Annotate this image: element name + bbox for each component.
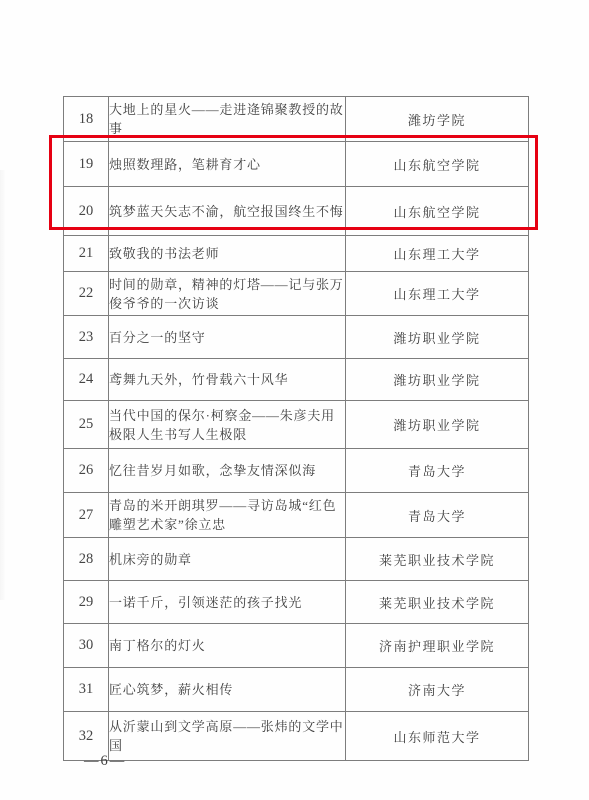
table-row: 30 南丁格尔的灯火 济南护理职业学院 (64, 624, 529, 668)
work-title: 一诺千斤，引领迷茫的孩子找光 (109, 581, 346, 624)
work-title: 匠心筑梦，薪火相传 (109, 668, 346, 712)
table-row: 27 青岛的米开朗琪罗——寻访岛城“红色雕塑艺术家”徐立忠 青岛大学 (64, 493, 529, 538)
row-number: 21 (64, 236, 109, 272)
work-title: 忆往昔岁月如歌，念挚友情深似海 (109, 449, 346, 493)
row-number: 24 (64, 359, 109, 401)
table-row: 23 百分之一的坚守 潍坊职业学院 (64, 316, 529, 359)
work-title: 百分之一的坚守 (109, 316, 346, 359)
table-row: 31 匠心筑梦，薪火相传 济南大学 (64, 668, 529, 712)
school-name: 济南大学 (346, 668, 529, 712)
work-title: 青岛的米开朗琪罗——寻访岛城“红色雕塑艺术家”徐立忠 (109, 493, 346, 538)
row-number: 29 (64, 581, 109, 624)
row-number: 27 (64, 493, 109, 538)
award-list-table: 18 大地上的星火——走进逄锦聚教授的故事 潍坊学院 19 烛照数理路，笔耕育才… (63, 96, 529, 761)
school-name: 潍坊职业学院 (346, 316, 529, 359)
school-name: 青岛大学 (346, 493, 529, 538)
work-title: 鸢舞九天外，竹骨载六十风华 (109, 359, 346, 401)
scan-edge-shadow (0, 170, 6, 600)
school-name: 潍坊学院 (346, 97, 529, 142)
work-title: 当代中国的保尔·柯察金——朱彦夫用极限人生书写人生极限 (109, 401, 346, 449)
row-number: 28 (64, 538, 109, 581)
table-row: 18 大地上的星火——走进逄锦聚教授的故事 潍坊学院 (64, 97, 529, 142)
school-name: 山东师范大学 (346, 712, 529, 761)
page-number: —6— (84, 753, 126, 770)
work-title: 机床旁的勋章 (109, 538, 346, 581)
row-number: 23 (64, 316, 109, 359)
table-row: 26 忆往昔岁月如歌，念挚友情深似海 青岛大学 (64, 449, 529, 493)
table-row: 32 从沂蒙山到文学高原——张炜的文学中国 山东师范大学 (64, 712, 529, 761)
table-row: 29 一诺千斤，引领迷茫的孩子找光 莱芜职业技术学院 (64, 581, 529, 624)
table-row: 28 机床旁的勋章 莱芜职业技术学院 (64, 538, 529, 581)
school-name: 莱芜职业技术学院 (346, 538, 529, 581)
row-number: 30 (64, 624, 109, 668)
school-name: 青岛大学 (346, 449, 529, 493)
school-name: 山东航空学院 (346, 187, 529, 236)
document-page: 18 大地上的星火——走进逄锦聚教授的故事 潍坊学院 19 烛照数理路，笔耕育才… (0, 0, 589, 800)
row-number: 31 (64, 668, 109, 712)
table-row: 21 致敬我的书法老师 山东理工大学 (64, 236, 529, 272)
school-name: 济南护理职业学院 (346, 624, 529, 668)
row-number: 20 (64, 187, 109, 236)
work-title: 大地上的星火——走进逄锦聚教授的故事 (109, 97, 346, 142)
work-title: 从沂蒙山到文学高原——张炜的文学中国 (109, 712, 346, 761)
work-title: 致敬我的书法老师 (109, 236, 346, 272)
school-name: 潍坊职业学院 (346, 401, 529, 449)
school-name: 莱芜职业技术学院 (346, 581, 529, 624)
work-title: 时间的勋章，精神的灯塔——记与张万俊爷爷的一次访谈 (109, 272, 346, 316)
work-title: 烛照数理路，笔耕育才心 (109, 142, 346, 187)
row-number: 18 (64, 97, 109, 142)
school-name: 山东理工大学 (346, 272, 529, 316)
row-number: 19 (64, 142, 109, 187)
table-row-highlighted: 19 烛照数理路，笔耕育才心 山东航空学院 (64, 142, 529, 187)
school-name: 潍坊职业学院 (346, 359, 529, 401)
school-name: 山东理工大学 (346, 236, 529, 272)
school-name: 山东航空学院 (346, 142, 529, 187)
row-number: 26 (64, 449, 109, 493)
table-row: 25 当代中国的保尔·柯察金——朱彦夫用极限人生书写人生极限 潍坊职业学院 (64, 401, 529, 449)
work-title: 筑梦蓝天矢志不渝，航空报国终生不悔 (109, 187, 346, 236)
table-row: 22 时间的勋章，精神的灯塔——记与张万俊爷爷的一次访谈 山东理工大学 (64, 272, 529, 316)
row-number: 25 (64, 401, 109, 449)
table-row: 24 鸢舞九天外，竹骨载六十风华 潍坊职业学院 (64, 359, 529, 401)
table-row-highlighted: 20 筑梦蓝天矢志不渝，航空报国终生不悔 山东航空学院 (64, 187, 529, 236)
row-number: 22 (64, 272, 109, 316)
work-title: 南丁格尔的灯火 (109, 624, 346, 668)
